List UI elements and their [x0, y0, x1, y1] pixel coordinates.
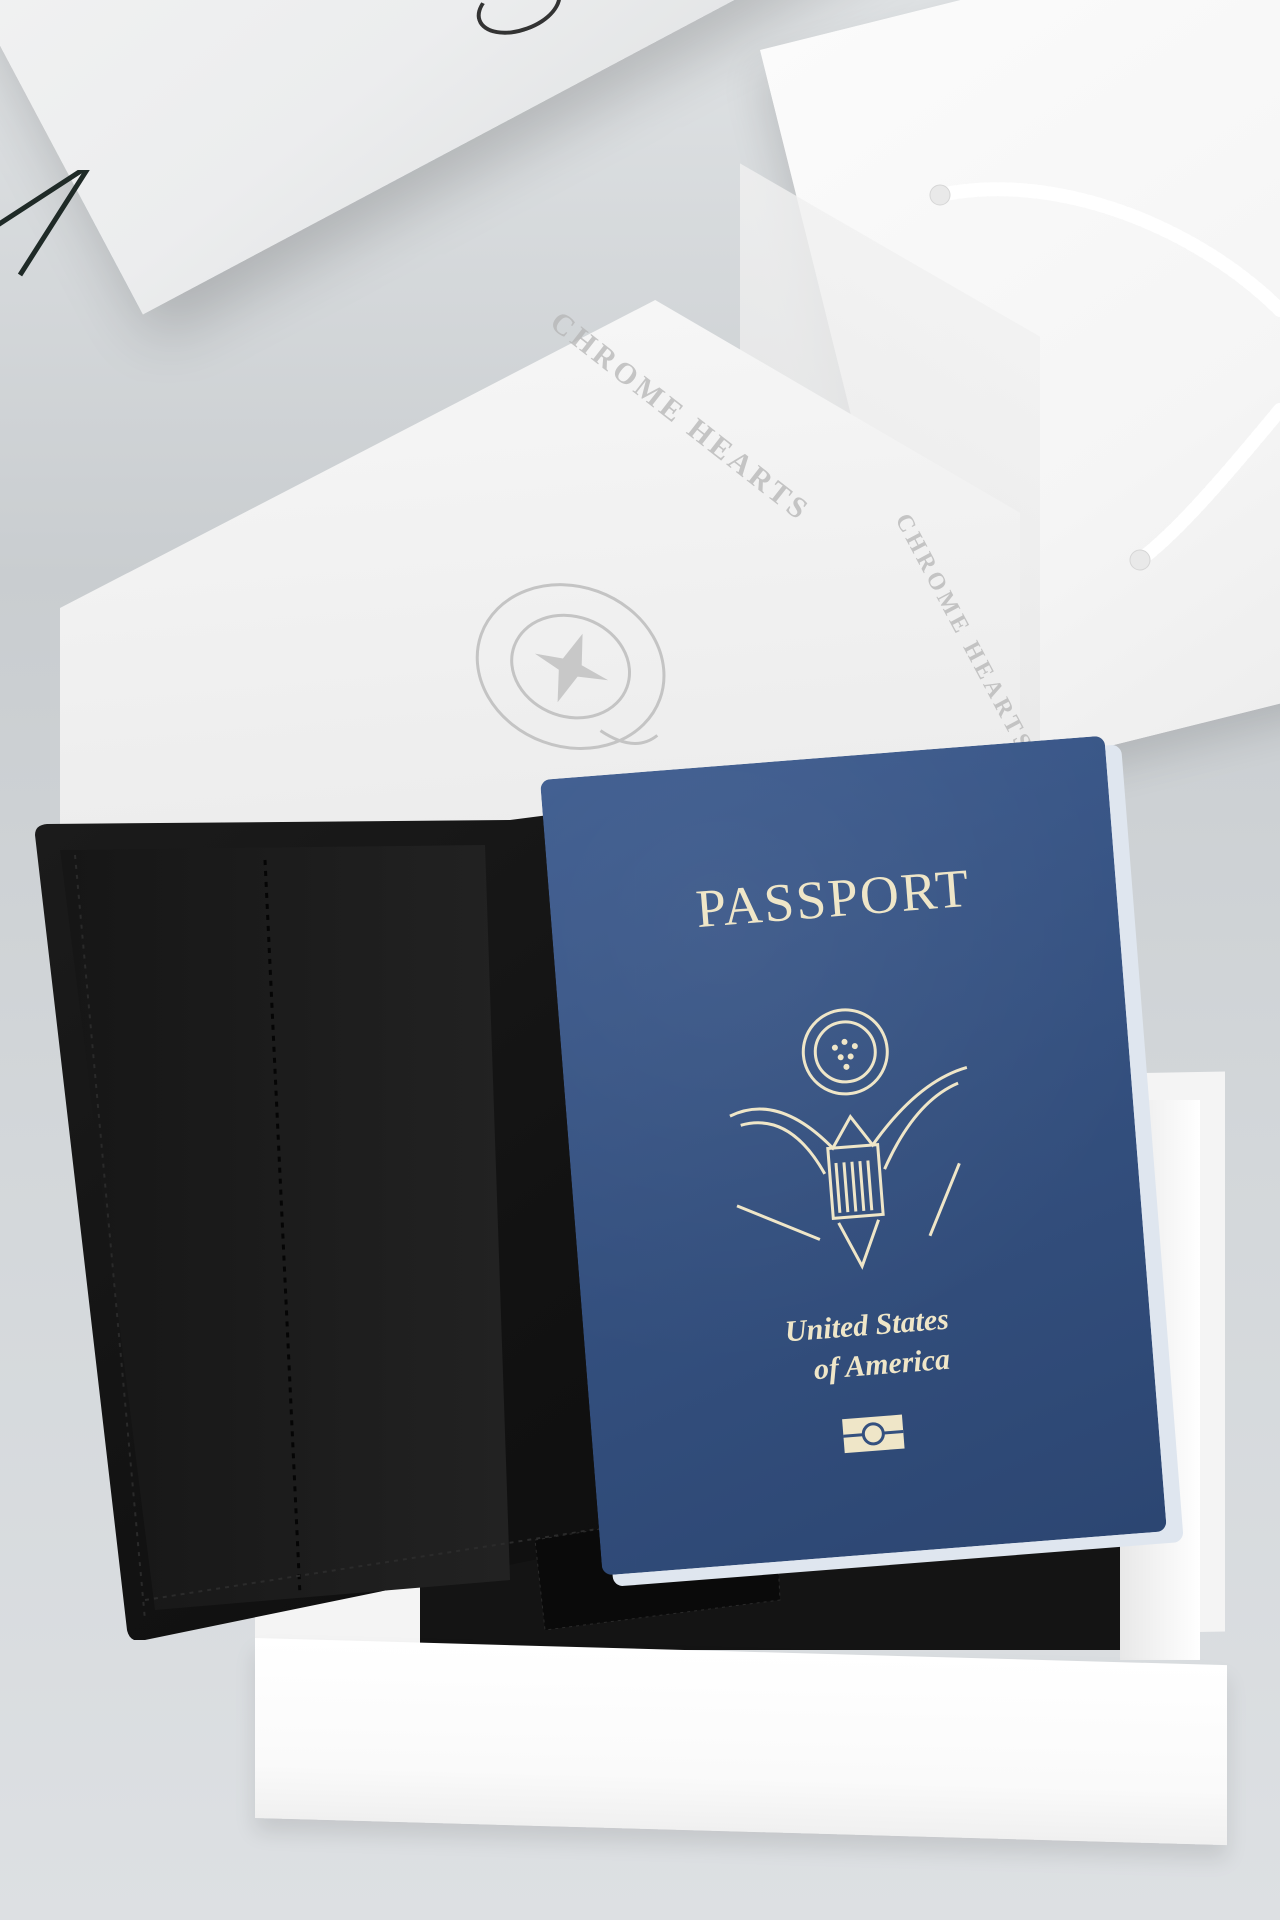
lid-arrow-icon — [0, 170, 110, 290]
passport: PASSPORT — [540, 734, 1182, 1587]
passport-title: PASSPORT — [549, 845, 1118, 951]
great-seal-eagle-icon — [691, 985, 1014, 1308]
biometric-chip-icon — [841, 1413, 906, 1454]
product-photo: CHROME HEARTS CHROME HEARTS — [0, 0, 1280, 1920]
gift-box-front-wall — [255, 1638, 1227, 1845]
passport-country: United States of America — [583, 1284, 1154, 1408]
passport-cover: PASSPORT — [540, 736, 1167, 1576]
